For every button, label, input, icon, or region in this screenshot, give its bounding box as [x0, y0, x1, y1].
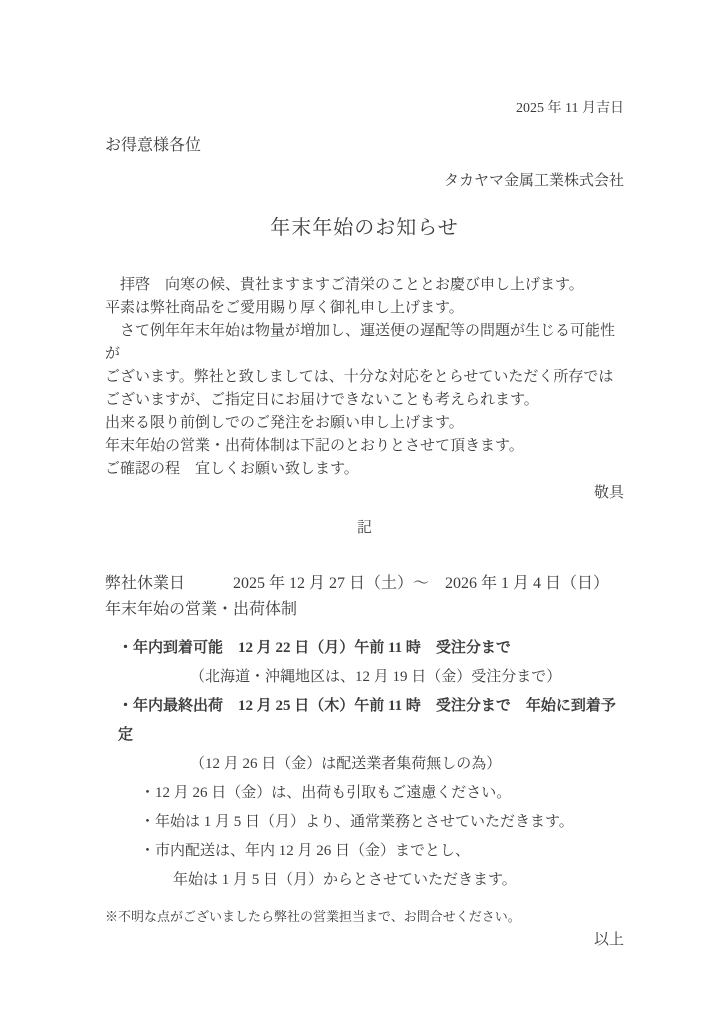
schedule-item-no-pickup-note: （12 月 26 日（金）は配送業者集荷無しの為）	[190, 750, 624, 779]
company-holiday-line: 弊社休業日 2025 年 12 月 27 日（土）～ 2026 年 1 月 4 …	[105, 574, 624, 594]
letter-body: 拝啓 向寒の候、貴社ますますご清栄のこととお慶び申し上げます。 平素は弊社商品を…	[105, 274, 624, 481]
schedule-item-hokkaido-okinawa-note: （北海道・沖縄地区は、12 月 19 日（金）受注分まで）	[190, 663, 624, 692]
recipient-line: お得意様各位	[105, 136, 624, 156]
document-page: 2025 年 11 月吉日 お得意様各位 タカヤマ金属工業株式会社 年末年始のお…	[0, 0, 724, 1024]
record-marker-ki: 記	[105, 519, 624, 538]
schedule-item-arrival-deadline: ・年内到着可能 12 月 22 日（月）午前 11 時 受注分まで	[118, 634, 624, 663]
document-date: 2025 年 11 月吉日	[105, 100, 624, 118]
schedule-item-new-year-start: ・年始は 1 月 5 日（月）より、通常業務とさせていただきます。	[140, 808, 624, 837]
schedule-item-dec26-notice: ・12 月 26 日（金）は、出荷も引取もご遠慮ください。	[140, 779, 624, 808]
schedule-heading: 年末年始の営業・出荷体制	[105, 600, 624, 620]
body-line: さて例年年末年始は物量が増加し、運送便の遅配等の問題が生じる可能性が	[105, 320, 624, 366]
body-line: 出来る限り前倒しでのご発注をお願い申し上げます。	[105, 412, 624, 435]
contact-note: ※不明な点がございましたら弊社の営業担当まで、お問合せください。	[105, 908, 624, 925]
body-line: ございますが、ご指定日にお届けできないことも考えられます。	[105, 389, 624, 412]
body-line: 拝啓 向寒の候、貴社ますますご清栄のこととお慶び申し上げます。	[105, 274, 624, 297]
schedule-list: ・年内到着可能 12 月 22 日（月）午前 11 時 受注分まで （北海道・沖…	[105, 634, 624, 895]
body-line: ご確認の程 宜しくお願い致します。	[105, 458, 624, 481]
body-line: 平素は弊社商品をご愛用賜り厚く御礼申し上げます。	[105, 297, 624, 320]
end-marker-ijou: 以上	[105, 931, 624, 950]
schedule-item-final-shipment: ・年内最終出荷 12 月 25 日（木）午前 11 時 受注分まで 年始に到着予…	[118, 692, 624, 750]
schedule-item-city-delivery: ・市内配送は、年内 12 月 26 日（金）までとし、	[140, 837, 624, 866]
document-title: 年末年始のお知らせ	[105, 215, 624, 241]
body-line: ございます。弊社と致しましては、十分な対応をとらせていただく所存では	[105, 366, 624, 389]
schedule-item-city-delivery-continued: 年始は 1 月 5 日（月）からとさせていただきます。	[158, 866, 624, 895]
closing-keigu: 敬具	[105, 484, 624, 503]
company-name: タカヤマ金属工業株式会社	[105, 172, 624, 191]
body-line: 年末年始の営業・出荷体制は下記のとおりとさせて頂きます。	[105, 435, 624, 458]
